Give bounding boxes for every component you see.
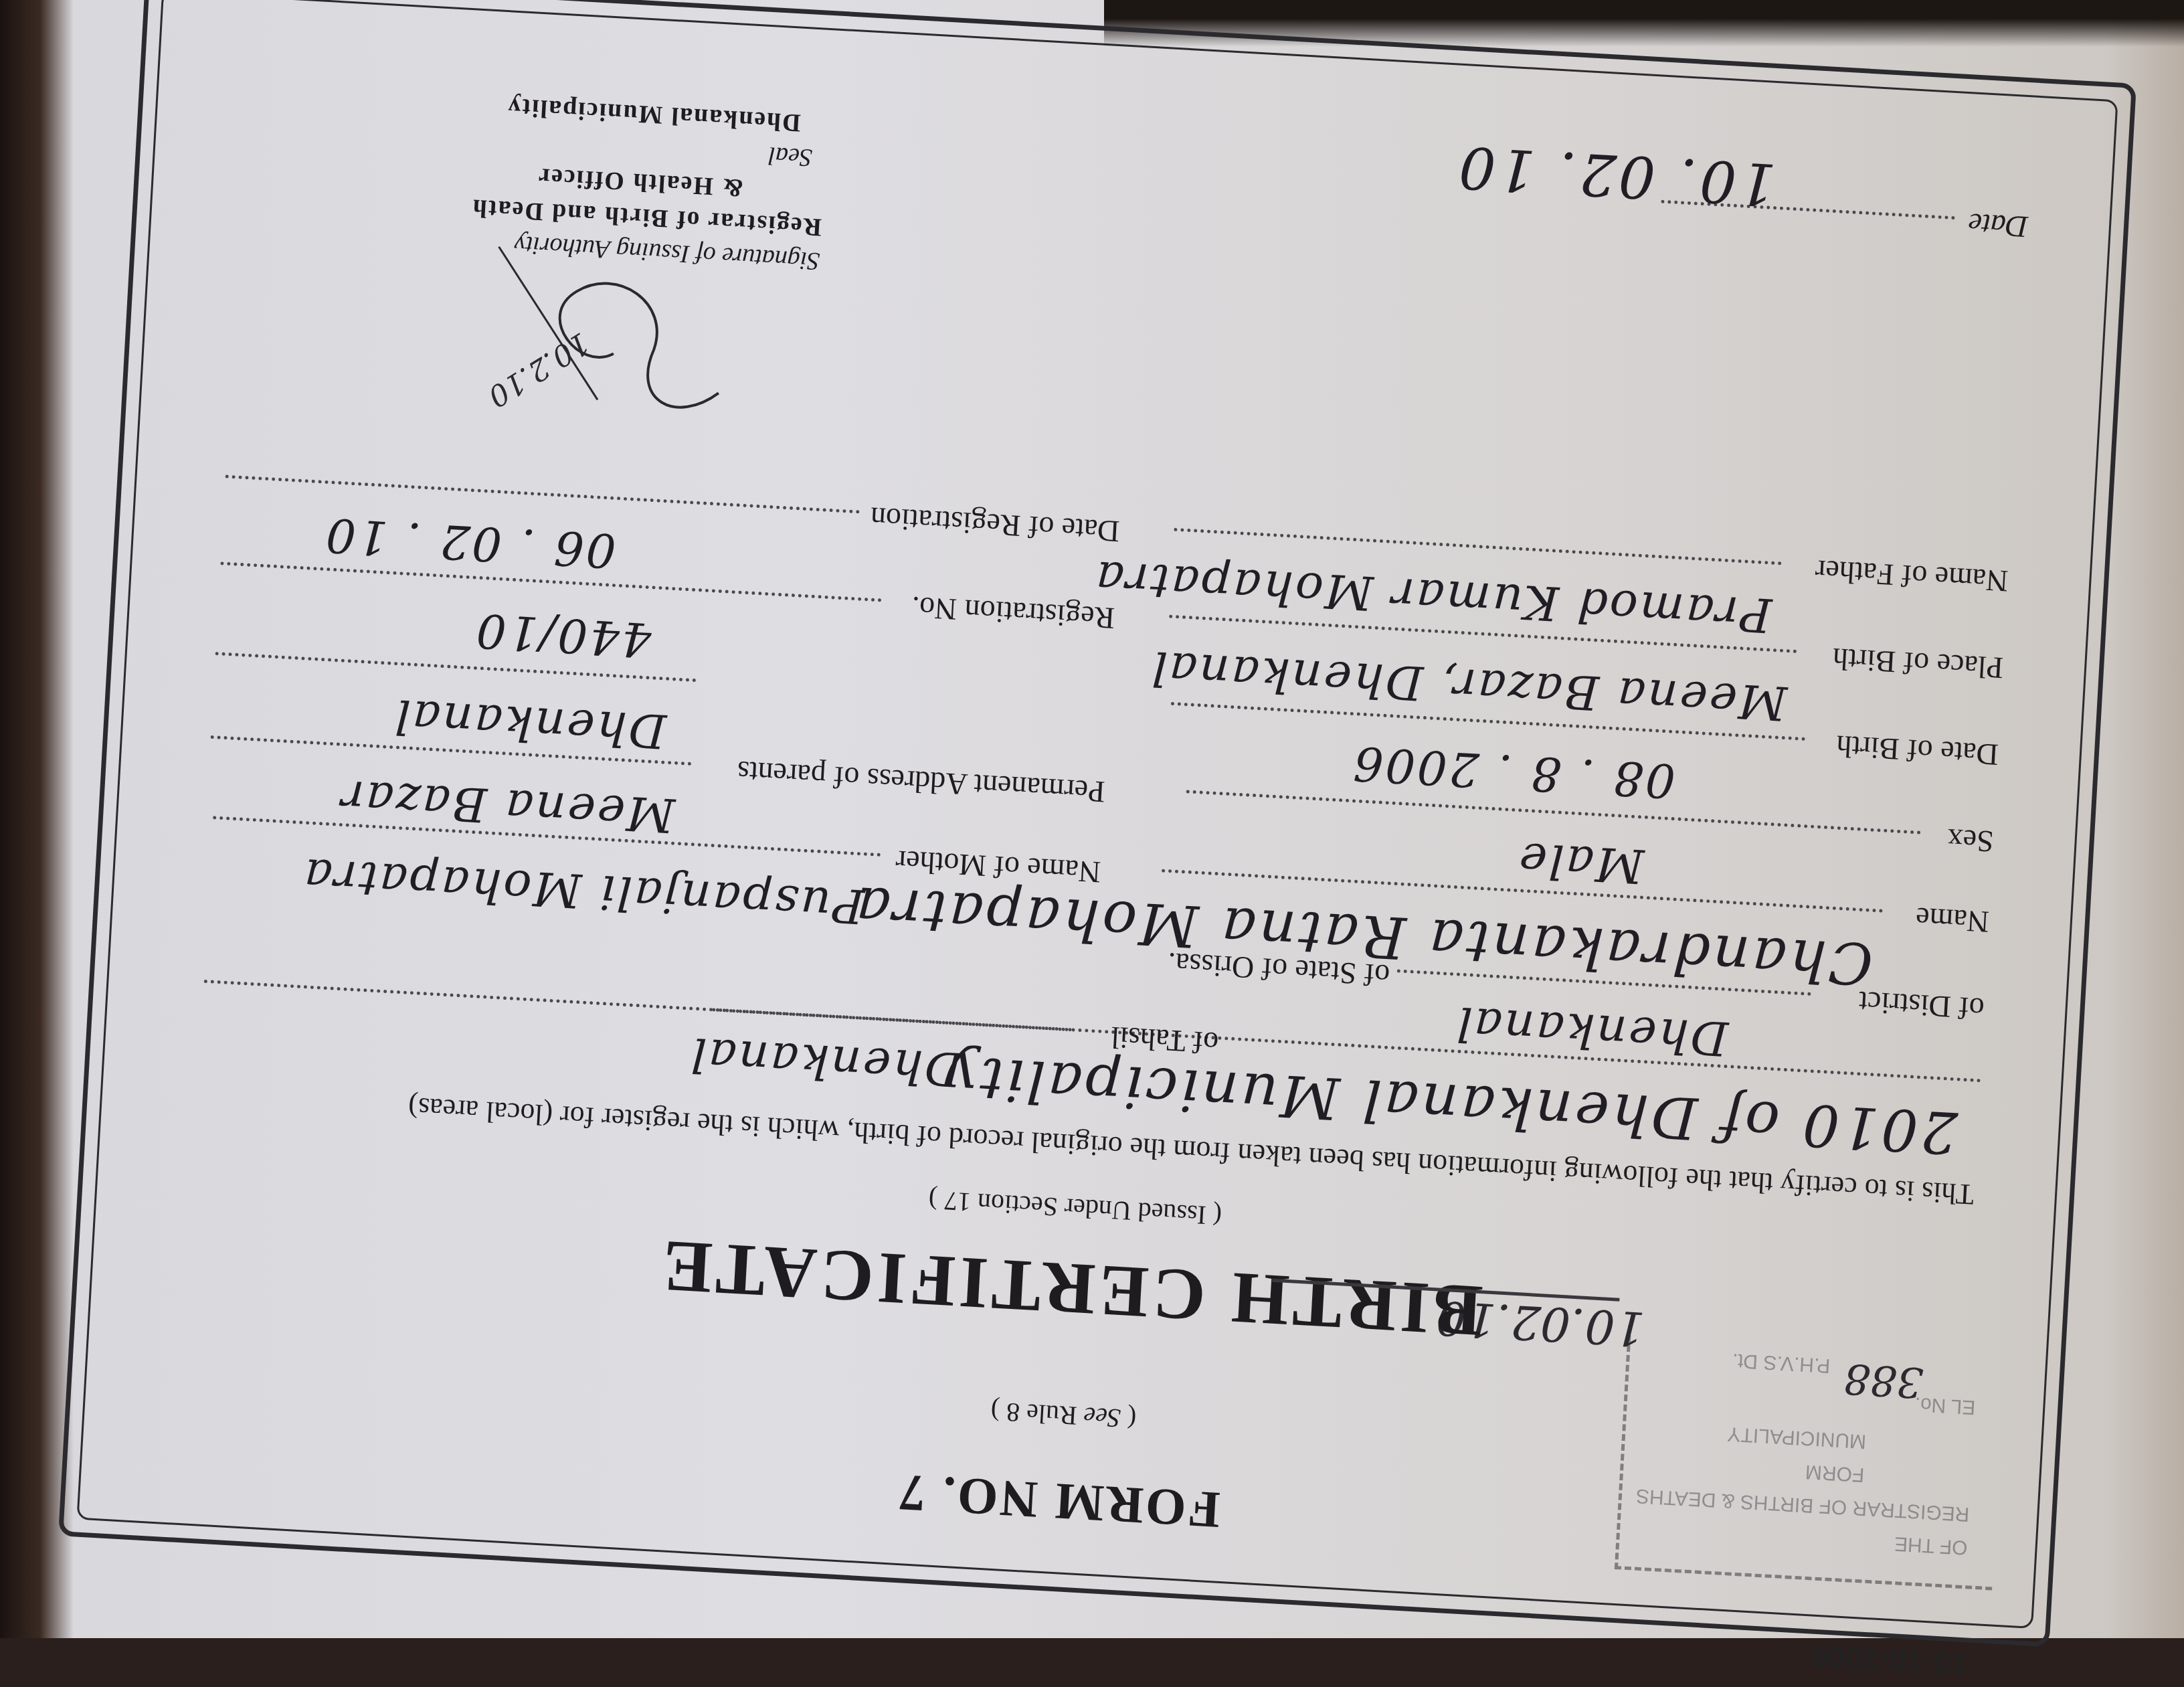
see-rule-suffix: Rule 8 ) bbox=[990, 1397, 1084, 1432]
see-rule-prefix: ( bbox=[1120, 1403, 1137, 1434]
signature-block: Signature of Issuing Authority Registrar… bbox=[231, 74, 828, 278]
tahsil-label: of Tahsil bbox=[1110, 1020, 1219, 1061]
date-label: Date bbox=[1967, 206, 2029, 245]
seal-label: Seal bbox=[767, 141, 813, 172]
name-label: Name bbox=[1915, 901, 1991, 940]
sex-value: Male bbox=[1516, 832, 1645, 893]
father-label: Name of Father bbox=[1814, 553, 2009, 599]
registration-no-value: 440/10 bbox=[473, 603, 652, 668]
registration-no-label: Registration No. bbox=[911, 590, 1116, 636]
see-rule-italic: See bbox=[1083, 1401, 1121, 1433]
place-of-birth-label: Place of Birth bbox=[1831, 641, 2004, 686]
dotted-line bbox=[224, 474, 859, 520]
date-value: 10. 02. 10 bbox=[1455, 133, 1777, 218]
registration-date-label: Date of Registration bbox=[869, 500, 1120, 549]
dotted-line bbox=[203, 980, 1072, 1039]
sex-label: Sex bbox=[1946, 822, 1995, 860]
certificate-content: OF THE REGISTRAR OF BIRTHS & DEATHS FORM… bbox=[134, 17, 2061, 1603]
dob-label: Date of Birth bbox=[1835, 729, 1999, 773]
stamp-line: EL No. bbox=[1914, 1393, 1976, 1419]
address-label: Permanent Address of parents bbox=[736, 754, 1106, 810]
district-label: of District bbox=[1857, 984, 1985, 1027]
birth-certificate: 10-10-2006 OF THE REGISTRAR OF BIRTHS & … bbox=[58, 0, 2136, 1638]
